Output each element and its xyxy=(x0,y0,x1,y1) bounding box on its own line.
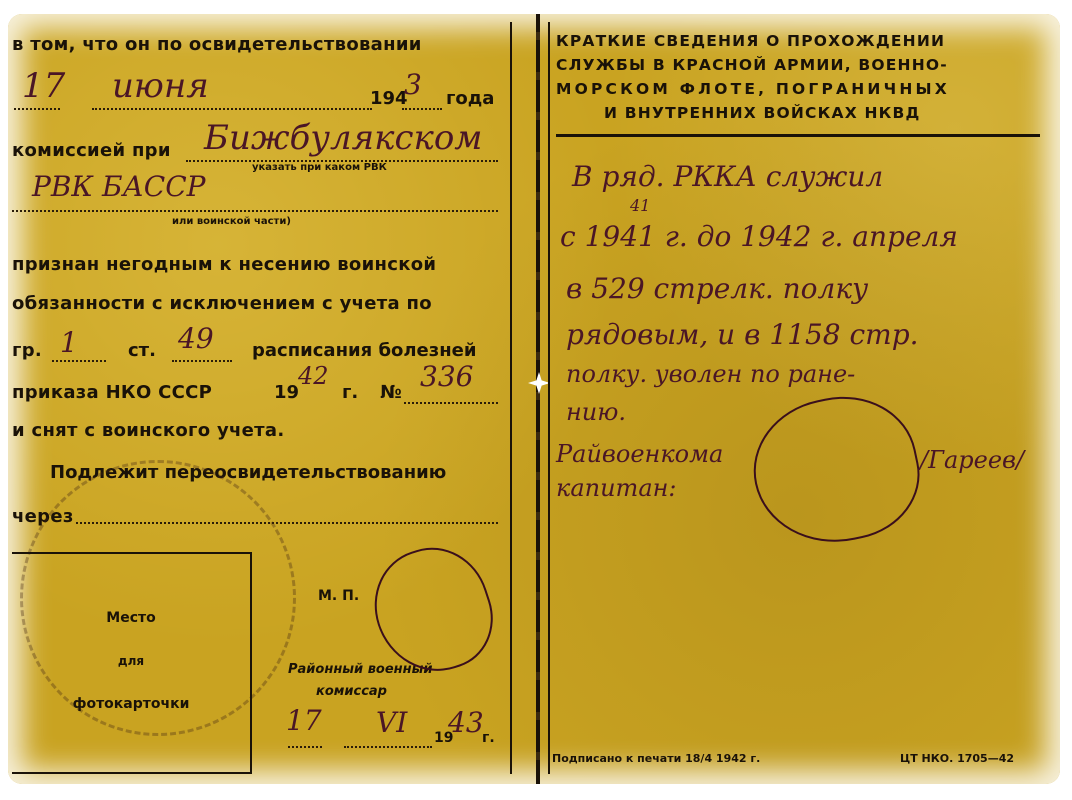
hand-gr: 1 xyxy=(60,326,78,359)
hand-service-line-8: капитан: xyxy=(556,474,677,502)
photo-label-2: для xyxy=(12,654,250,668)
dotline-gr xyxy=(52,360,106,362)
hand-service-line-2: с 1941 г. до 1942 г. апреля xyxy=(560,220,958,253)
text-number-sign: № xyxy=(380,382,402,403)
text-order-label: приказа НКО СССР xyxy=(12,382,212,403)
title-underline xyxy=(556,134,1040,137)
hand-service-line-3: в 529 стрелк. полку xyxy=(566,272,868,305)
dotline-month xyxy=(92,108,372,110)
hand-signatory-name: /Гареев/ xyxy=(920,446,1024,474)
right-page-border xyxy=(548,22,550,774)
hand-year-suffix: 3 xyxy=(404,68,422,101)
dotline-st xyxy=(172,360,232,362)
page-fold xyxy=(536,14,540,784)
hand-order-number: 336 xyxy=(420,360,473,393)
hand-exam-day: 17 xyxy=(22,66,65,106)
hand-sign-month: VI xyxy=(376,706,407,739)
hand-order-year: 42 xyxy=(298,362,329,390)
text-year-prefix: 194 xyxy=(370,88,408,109)
title-line-4: И ВНУТРЕННИХ ВОЙСКАХ НКВД xyxy=(604,104,921,122)
hand-service-line-6: нию. xyxy=(566,398,626,426)
text-schedule-label: расписания болезней xyxy=(252,340,476,361)
text-unfit-2: обязанности с исключением с учета по xyxy=(12,293,432,314)
text-gr-label: гр. xyxy=(12,340,42,361)
photo-label-1: Место xyxy=(12,610,250,626)
text-st-label: ст. xyxy=(128,340,156,361)
hand-sign-year: 43 xyxy=(448,706,484,739)
hand-rvk: РВК БАССР xyxy=(32,170,205,203)
text-commissar-2: комиссар xyxy=(316,684,387,699)
title-line-3: МОРСКОМ ФЛОТЕ, ПОГРАНИЧНЫХ xyxy=(556,80,950,98)
dotline-order-number xyxy=(404,402,498,404)
hand-service-line-5: полку. уволен по ране- xyxy=(566,360,855,388)
text-year-label: года xyxy=(446,88,494,109)
note-military-unit: или воинской части) xyxy=(172,216,291,227)
hand-exam-month: июня xyxy=(112,66,209,106)
note-which-rvk: указать при каком РВК xyxy=(252,162,387,173)
dotline-sign-month xyxy=(344,746,432,748)
photo-label-3: фотокарточки xyxy=(12,696,250,712)
footer-print-date: Подписано к печати 18/4 1942 г. xyxy=(552,752,760,765)
hand-service-line-4: рядовым, и в 1158 стр. xyxy=(566,318,919,351)
text-stamp-place: М. П. xyxy=(318,588,359,604)
text-order-g: г. xyxy=(342,382,358,403)
text-sign-g: г. xyxy=(482,730,495,746)
text-commission-label: комиссией при xyxy=(12,140,171,161)
hand-service-line-7: Райвоенкома xyxy=(556,440,723,468)
text-order-year-prefix: 19 xyxy=(274,382,299,403)
hand-commission: Бижбулякском xyxy=(204,118,482,158)
hand-st: 49 xyxy=(178,322,214,355)
text-removed: и снят с воинского учета. xyxy=(12,420,285,441)
photo-placeholder: Место для фотокарточки xyxy=(12,552,252,774)
title-line-2: СЛУЖБЫ В КРАСНОЙ АРМИИ, ВОЕННО- xyxy=(556,56,948,74)
hand-service-line-1: В ряд. РККА служил xyxy=(572,160,883,193)
dotline-year xyxy=(402,108,442,110)
hand-sign-day: 17 xyxy=(286,704,322,737)
text-unfit-1: признан негодным к несению воинской xyxy=(12,254,436,275)
text-exam-intro: в том, что он по освидетельствовании xyxy=(12,34,422,55)
footer-print-code: ЦТ НКО. 1705—42 xyxy=(900,752,1014,765)
dotline-day xyxy=(14,108,60,110)
hand-year-correction: 41 xyxy=(630,196,650,215)
title-line-1: КРАТКИЕ СВЕДЕНИЯ О ПРОХОЖДЕНИИ xyxy=(556,32,945,50)
left-page-border xyxy=(510,22,512,774)
dotline-sign-day xyxy=(288,746,322,748)
dotline-rvk xyxy=(12,210,498,212)
